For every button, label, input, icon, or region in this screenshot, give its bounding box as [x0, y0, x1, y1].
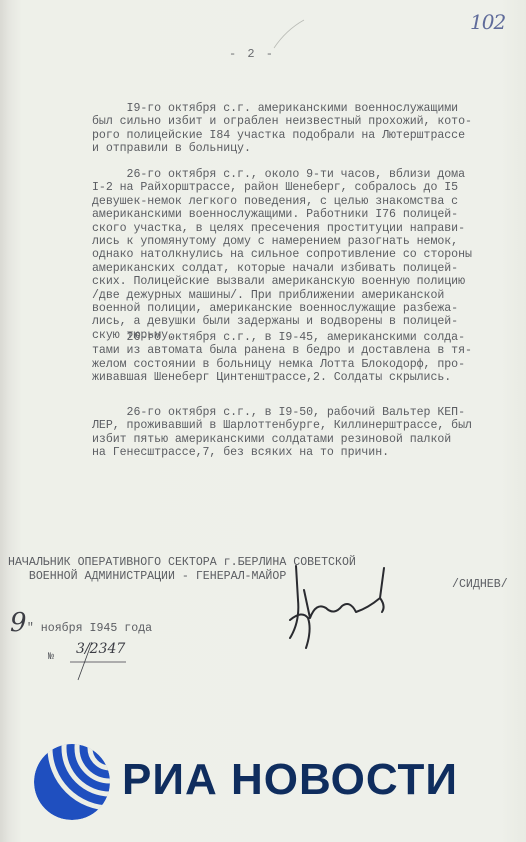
registration-number-label: №	[48, 652, 54, 663]
ria-novosti-watermark: РИА НОВОСТИ	[30, 737, 458, 823]
ria-novosti-wordmark: РИА НОВОСТИ	[122, 755, 458, 805]
paragraph-2: 26-го октября с.г., около 9-ти часов, вб…	[92, 168, 492, 342]
scanned-document-page: 102 - 2 - I9-го октября с.г. американски…	[0, 0, 526, 842]
paragraph-1: I9-го октября с.г. американскими военнос…	[92, 102, 492, 156]
registration-number: 3/2347	[76, 641, 125, 657]
page-number: - 2 -	[229, 47, 275, 61]
paragraph-4: 26-го октября с.г., в I9-50, рабочий Вал…	[92, 406, 492, 460]
signer-name: /СИДНЕВ/	[452, 578, 508, 591]
handwritten-signature	[282, 560, 402, 655]
paragraph-3: 26-го октября с.г., в I9-45, американски…	[92, 331, 492, 385]
pencil-stroke-mark	[272, 12, 312, 52]
archive-sheet-number: 102	[470, 10, 505, 34]
ria-globe-icon	[30, 738, 114, 822]
